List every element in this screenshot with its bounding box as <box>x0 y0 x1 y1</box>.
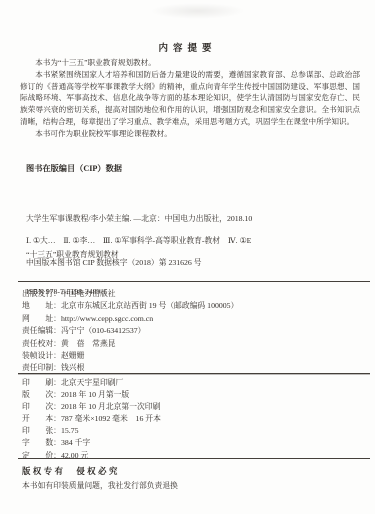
divider <box>18 458 370 459</box>
cip-heading: 图书在版编目（CIP）数据 <box>26 163 122 174</box>
row-value: 黄 蓓 常燕昆 <box>61 339 116 348</box>
row-value: 384 千字 <box>61 438 90 447</box>
row-value: 北京天宇星印刷厂 <box>61 378 123 387</box>
publication-info: 出版发行：中国电力出版社 地 址：北京市东城区北京站西街 19 号（邮政编码 1… <box>22 288 367 375</box>
row-value: 北京市东城区北京站西街 19 号（邮政编码 100005） <box>61 301 238 310</box>
printer-row: 印 刷：北京天宇星印刷厂 <box>22 377 367 389</box>
price-row: 定 价：42.00 元 <box>22 450 367 462</box>
row-label: 版 次： <box>22 390 61 399</box>
wordcount-row: 字 数：384 千字 <box>22 437 367 449</box>
row-value: 2018 年 10 月北京第一次印刷 <box>61 402 160 411</box>
impression-row: 印 次：2018 年 10 月北京第一次印刷 <box>22 401 367 413</box>
summary-paragraph: 本书为“十三五”职业教育规划教材。 <box>20 57 360 69</box>
summary-paragraph: 本书紧紧围绕国家人才培养和国防后备力量建设的需要，遵循国家教育部、总参谋部、总政… <box>20 69 360 128</box>
row-label: 印 次： <box>22 402 61 411</box>
cip-record-number: 中国版本图书馆 CIP 数据核字（2018）第 231626 号 <box>26 257 366 268</box>
copyright-page: 内容提要 本书为“十三五”职业教育规划教材。 本书紧紧围绕国家人才培养和国防后备… <box>0 0 375 514</box>
row-label: 地 址： <box>22 301 61 310</box>
row-label: 责任编辑： <box>22 326 61 335</box>
row-label: 责任印制： <box>22 363 61 372</box>
scan-artifact <box>150 3 245 19</box>
row-label: 字 数： <box>22 438 61 447</box>
row-label: 网 址： <box>22 314 61 323</box>
divider <box>18 373 370 374</box>
content-summary-body: 本书为“十三五”职业教育规划教材。 本书紧紧围绕国家人才培养和国防后备力量建设的… <box>20 57 360 140</box>
designer-row: 装帧设计：赵姗姗 <box>22 350 367 362</box>
address-row: 地 址：北京市东城区北京站西街 19 号（邮政编码 100005） <box>22 300 367 312</box>
row-label: 印 张： <box>22 426 61 435</box>
content-summary-title: 内容提要 <box>0 40 375 54</box>
edition-row: 版 次：2018 年 10 月第一版 <box>22 389 367 401</box>
row-label: 责任校对： <box>22 339 61 348</box>
copyright-notice: 版权专有 侵权必究 <box>22 465 120 477</box>
website-row: 网 址：http://www.cepp.sgcc.com.cn <box>22 313 367 325</box>
row-label: 印 刷： <box>22 378 61 387</box>
row-label: 出版发行： <box>22 289 61 298</box>
row-value: 中国电力出版社 <box>61 289 116 298</box>
summary-paragraph: 本书可作为职业院校军事理论课程教材。 <box>20 128 360 140</box>
row-value: http://www.cepp.sgcc.com.cn <box>61 314 153 323</box>
format-row: 开 本：787 毫米×1092 毫米 16 开本 <box>22 413 367 425</box>
cip-line: 大学生军事课教程/李小荣主编. —北京：中国电力出版社，2018.10 <box>26 213 356 225</box>
printing-info: 印 刷：北京天宇星印刷厂 版 次：2018 年 10 月第一版 印 次：2018… <box>22 377 367 462</box>
row-label: 开 本： <box>22 414 61 423</box>
divider <box>18 281 370 282</box>
sheets-row: 印 张：15.75 <box>22 425 367 437</box>
row-value: 15.75 <box>61 426 79 435</box>
row-value: 冯宁宁（010-63412537） <box>61 326 145 335</box>
row-value: 钱兴根 <box>61 363 84 372</box>
row-label: 装帧设计： <box>22 351 61 360</box>
proofreader-row: 责任校对：黄 蓓 常燕昆 <box>22 338 367 350</box>
row-value: 2018 年 10 月第一版 <box>61 390 129 399</box>
row-value: 赵姗姗 <box>61 351 84 360</box>
publisher-row: 出版发行：中国电力出版社 <box>22 288 367 300</box>
return-policy-statement: 本书如有印装质量问题，我社发行部负责退换 <box>22 480 178 491</box>
row-value: 787 毫米×1092 毫米 16 开本 <box>61 414 161 423</box>
cip-classification: Ⅰ. ①大… Ⅱ. ①李… Ⅲ. ①军事科学-高等职业教育-教材 Ⅳ. ①E <box>26 235 366 246</box>
editor-row: 责任编辑：冯宁宁（010-63412537） <box>22 325 367 337</box>
